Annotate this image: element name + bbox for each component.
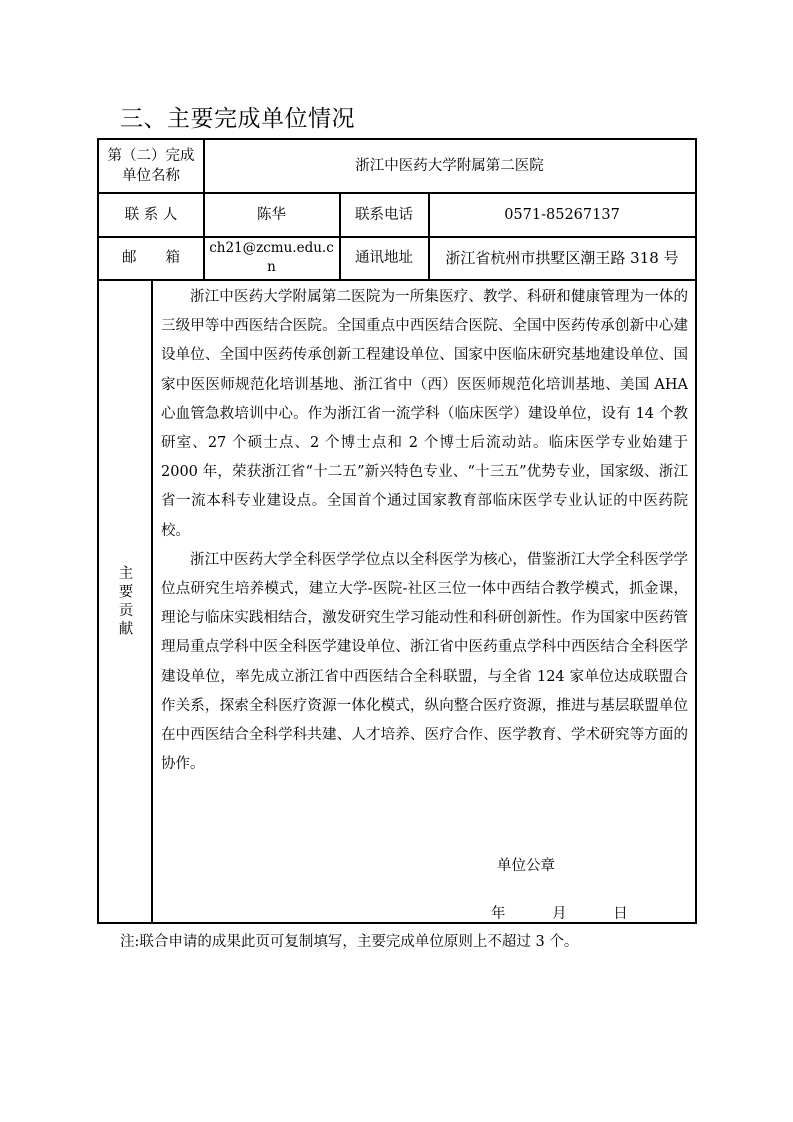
date-line: 年 月 日 <box>491 902 650 923</box>
email-label: 邮 箱 <box>99 237 203 279</box>
unit-name-label: 第（二）完成 单位名称 <box>99 140 203 192</box>
contribution-section: 主要贡献 浙江中医药大学附属第二医院为一所集医疗、教学、科研和健康管理为一体的三… <box>99 280 695 924</box>
contact-person-value: 陈华 <box>204 193 339 236</box>
unit-info-table: 第（二）完成 单位名称 浙江中医药大学附属第二医院 联 系 人 陈华 联系电话 … <box>97 138 697 924</box>
unit-name-label-line1: 第（二）完成 <box>108 146 195 166</box>
phone-label: 联系电话 <box>340 193 428 236</box>
address-label: 通讯地址 <box>340 237 428 279</box>
contribution-text: 浙江中医药大学附属第二医院为一所集医疗、教学、科研和健康管理为一体的三级甲等中西… <box>161 283 688 779</box>
date-year: 年 <box>491 906 506 922</box>
address-value: 浙江省杭州市拱墅区潮王路 318 号 <box>429 237 695 279</box>
date-month: 月 <box>552 906 567 922</box>
unit-name-label-line2: 单位名称 <box>122 166 180 186</box>
date-day: 日 <box>613 906 628 922</box>
unit-name-value: 浙江中医药大学附属第二医院 <box>204 140 695 192</box>
contact-person-label: 联 系 人 <box>99 193 203 236</box>
unit-seal-label: 单位公章 <box>497 854 555 875</box>
contribution-paragraph-1: 浙江中医药大学附属第二医院为一所集医疗、教学、科研和健康管理为一体的三级甲等中西… <box>161 283 688 546</box>
contribution-label: 主要贡献 <box>99 280 151 924</box>
contribution-label-text: 主要贡献 <box>115 565 136 639</box>
email-value: ch21@zcmu.edu.cn <box>206 237 337 279</box>
contribution-paragraph-2: 浙江中医药大学全科医学学位点以全科医学为核心，借鉴浙江大学全科医学学位点研究生培… <box>161 546 688 780</box>
footnote: 注:联合申请的成果此页可复制填写，主要完成单位原则上不超过 3 个。 <box>120 930 578 951</box>
section-heading: 三、主要完成单位情况 <box>120 100 355 133</box>
phone-value: 0571-85267137 <box>429 193 695 236</box>
